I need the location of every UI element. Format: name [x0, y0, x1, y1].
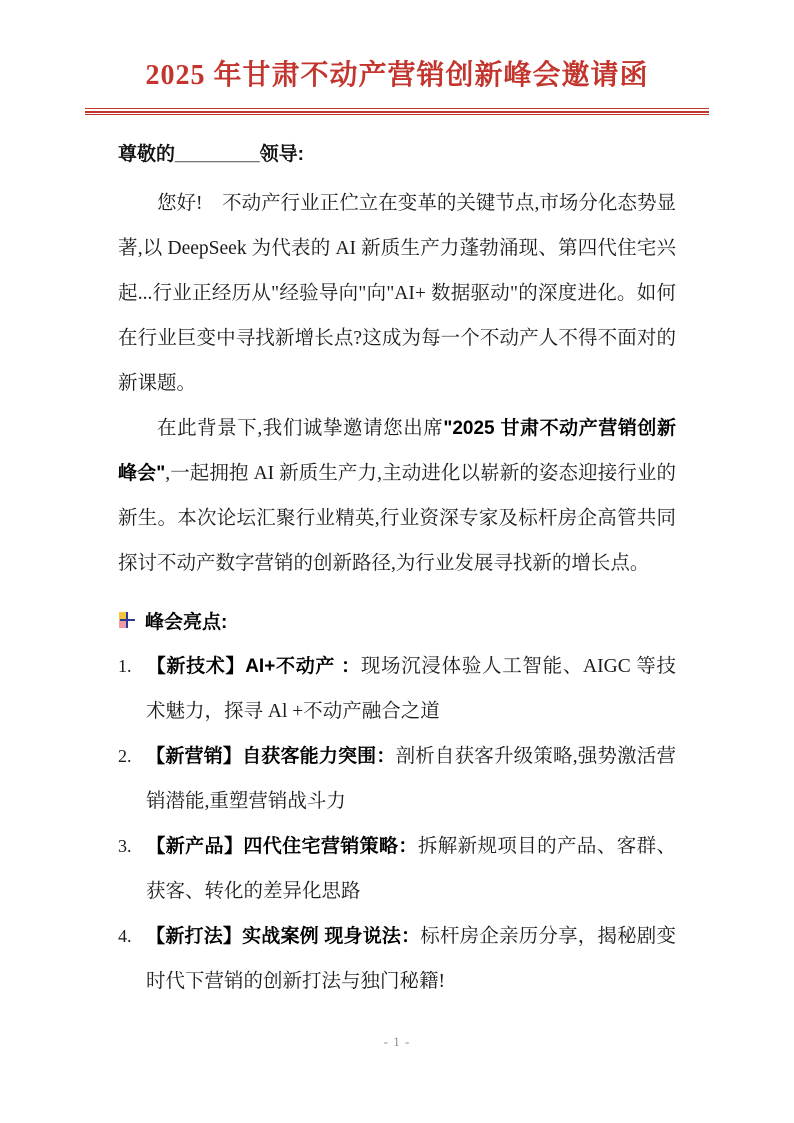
item-number: 1.	[118, 644, 146, 689]
page-number: - 1 -	[0, 1034, 794, 1050]
highlights-heading-text: 峰会亮点:	[145, 607, 227, 634]
item-label: 【新产品】四代住宅营销策略：	[146, 836, 418, 857]
item-label: 【新技术】AI+不动产 ：	[146, 656, 361, 677]
item-number: 4.	[118, 914, 146, 959]
paragraph-intro: 您好! 不动产行业正伫立在变革的关键节点,市场分化态势显著,以 DeepSeek…	[118, 181, 676, 406]
document-title: 2025 年甘肃不动产营销创新峰会邀请函	[118, 56, 676, 96]
colored-cross-bullet-icon	[118, 611, 136, 629]
list-item: 3.【新产品】四代住宅营销策略：拆解新规项目的产品、客群、获客、转化的差异化思路	[118, 824, 676, 914]
paragraph-invitation-pre: 在此背景下,我们诚挚邀请您出席	[157, 418, 443, 439]
item-number: 2.	[118, 734, 146, 779]
salutation-line: 尊敬的________领导:	[118, 141, 676, 169]
list-item: 4.【新打法】实战案例 现身说法：标杆房企亲历分享，揭秘剧变时代下营销的创新打法…	[118, 914, 676, 1004]
paragraph-invitation-post: ,一起拥抱 AI 新质生产力,主动进化以崭新的姿态迎接行业的新生。本次论坛汇聚行…	[118, 463, 676, 574]
paragraph-invitation: 在此背景下,我们诚挚邀请您出席"2025 甘肃不动产营销创新峰会",一起拥抱 A…	[118, 406, 676, 586]
item-label: 【新打法】实战案例 现身说法：	[146, 926, 420, 947]
title-divider-rule	[85, 108, 709, 115]
item-number: 3.	[118, 824, 146, 869]
item-label: 【新营销】自获客能力突围：	[146, 746, 396, 767]
document-page: 2025 年甘肃不动产营销创新峰会邀请函 尊敬的________领导: 您好! …	[0, 0, 794, 1123]
highlights-list: 1.【新技术】AI+不动产 ：现场沉浸体验人工智能、AIGC 等技术魅力，探寻 …	[118, 644, 676, 1004]
list-item: 2.【新营销】自获客能力突围：剖析自获客升级策略,强势激活营销潜能,重塑营销战斗…	[118, 734, 676, 824]
salutation-blank-underline: ________	[175, 144, 260, 165]
list-item: 1.【新技术】AI+不动产 ：现场沉浸体验人工智能、AIGC 等技术魅力，探寻 …	[118, 644, 676, 734]
highlights-heading: 峰会亮点:	[118, 604, 676, 636]
salutation-prefix: 尊敬的	[118, 144, 175, 165]
salutation-suffix: 领导:	[260, 144, 304, 165]
